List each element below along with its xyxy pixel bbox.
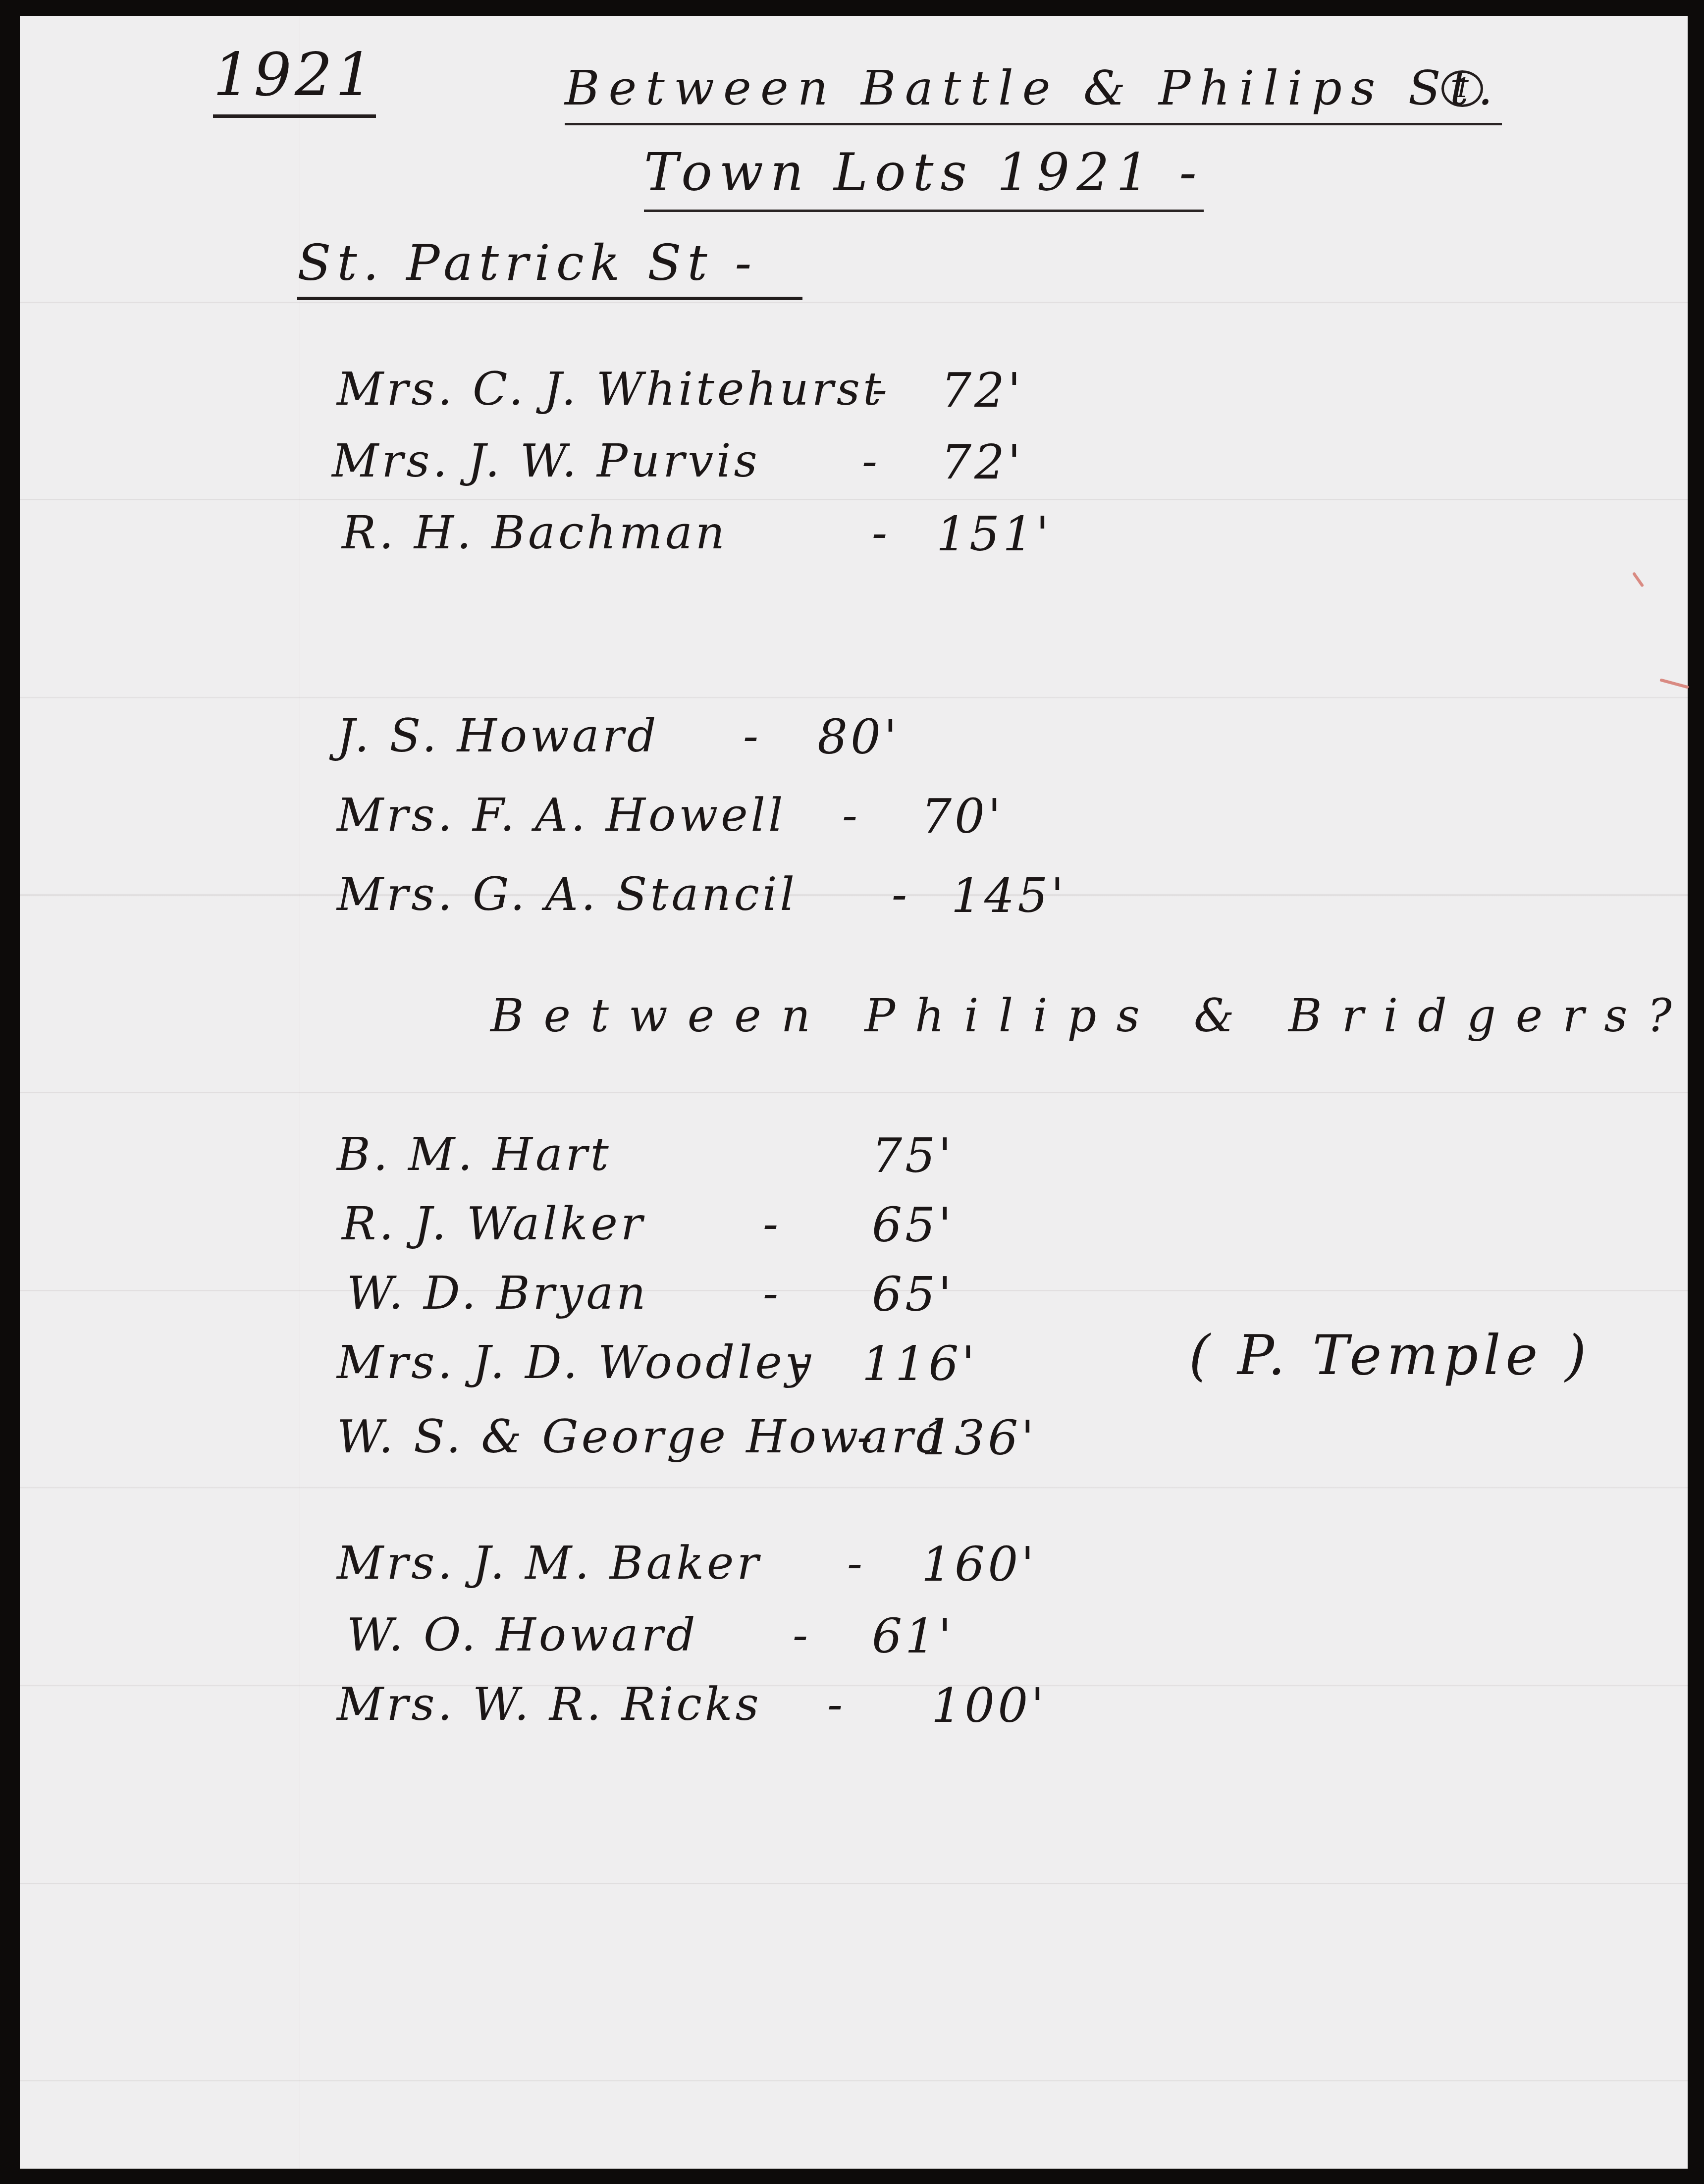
lot-length: 72' <box>941 434 1024 490</box>
separator-dash: - <box>793 1336 811 1389</box>
separator-dash: - <box>763 1197 781 1250</box>
owner-name: W. D. Bryan <box>347 1267 649 1320</box>
page-heading: Between Battle & Philips St. <box>565 60 1502 125</box>
lot-length: 70' <box>921 789 1004 844</box>
owner-name: W. O. Howard <box>347 1608 698 1661</box>
owner-name: Mrs. G. A. Stancil <box>337 868 798 921</box>
separator-dash: - <box>763 1267 781 1320</box>
lot-length: 160' <box>921 1537 1037 1592</box>
margin-line <box>300 16 300 2169</box>
lot-length: 145' <box>951 868 1067 923</box>
lot-length: 80' <box>817 709 900 765</box>
margin-note: ( P. Temple ) <box>1189 1324 1591 1387</box>
separator-dash: - <box>857 1410 875 1463</box>
owner-name: B. M. Hart <box>337 1128 612 1181</box>
owner-name: Mrs. J. D. Woodley <box>337 1336 814 1389</box>
lot-length: 72' <box>941 363 1024 418</box>
red-pen-mark <box>1659 678 1689 689</box>
lot-length: 65' <box>872 1267 955 1322</box>
page-title: Town Lots 1921 - <box>644 142 1204 212</box>
lot-length: 75' <box>872 1128 955 1183</box>
lot-length: 151' <box>936 506 1052 562</box>
separator-dash: - <box>862 434 880 487</box>
separator-dash: - <box>743 709 761 762</box>
separator-dash: - <box>793 1608 811 1661</box>
lot-length: 136' <box>921 1410 1037 1466</box>
owner-name: Mrs. J. W. Purvis <box>332 434 760 487</box>
separator-dash: - <box>827 1678 846 1731</box>
street-heading: St. Patrick St - <box>297 234 802 300</box>
owner-name: J. S. Howard <box>337 709 659 762</box>
lot-length: 116' <box>862 1336 978 1391</box>
document-page: 1921 Between Battle & Philips St. 1 Town… <box>20 16 1688 2169</box>
separator-dash: - <box>872 363 890 416</box>
lot-length: 65' <box>872 1197 955 1253</box>
owner-name: Mrs. C. J. Whitehurst <box>337 363 884 416</box>
lot-length: 61' <box>872 1608 955 1664</box>
lot-length: 100' <box>931 1678 1047 1733</box>
owner-name: R. H. Bachman <box>342 506 728 559</box>
separator-dash: - <box>842 789 860 842</box>
separator-dash: - <box>872 506 890 559</box>
red-pen-mark <box>1632 572 1644 587</box>
separator-dash: - <box>847 1537 865 1590</box>
owner-name: R. J. Walker <box>342 1197 645 1250</box>
separator-dash: - <box>892 868 910 921</box>
page-number-circled: 1 <box>1441 70 1483 107</box>
owner-name: Mrs. W. R. Ricks <box>337 1678 762 1731</box>
owner-name: Mrs. J. M. Baker <box>337 1537 761 1590</box>
year-label: 1921 <box>213 41 376 118</box>
section-heading: Between Philips & Bridgers? <box>490 989 1692 1042</box>
owner-name: Mrs. F. A. Howell <box>337 789 786 842</box>
